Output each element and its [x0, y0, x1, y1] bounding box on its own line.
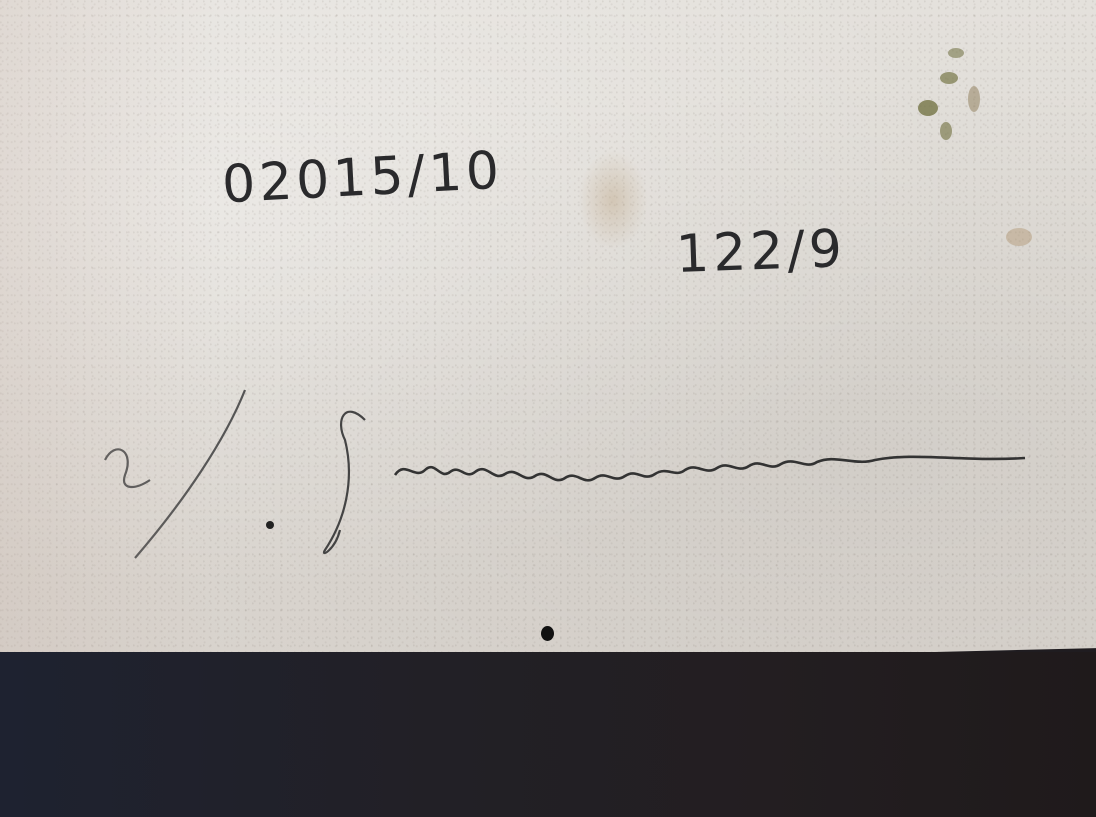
reference-number: 02015/10 [221, 141, 505, 216]
green-stain [918, 100, 938, 116]
ink-dot [266, 521, 274, 529]
dark-background [0, 652, 1096, 817]
green-stain [948, 48, 964, 58]
secondary-number: 122/9 [675, 219, 847, 285]
ink-dot [541, 626, 554, 641]
paper-sheet: 02015/10 122/9 [0, 0, 1096, 660]
brown-stain [578, 150, 648, 250]
brown-stain [968, 86, 980, 112]
signature [95, 380, 1045, 570]
green-stain [940, 72, 958, 84]
brown-spot [1006, 228, 1032, 246]
green-stain [940, 122, 952, 140]
